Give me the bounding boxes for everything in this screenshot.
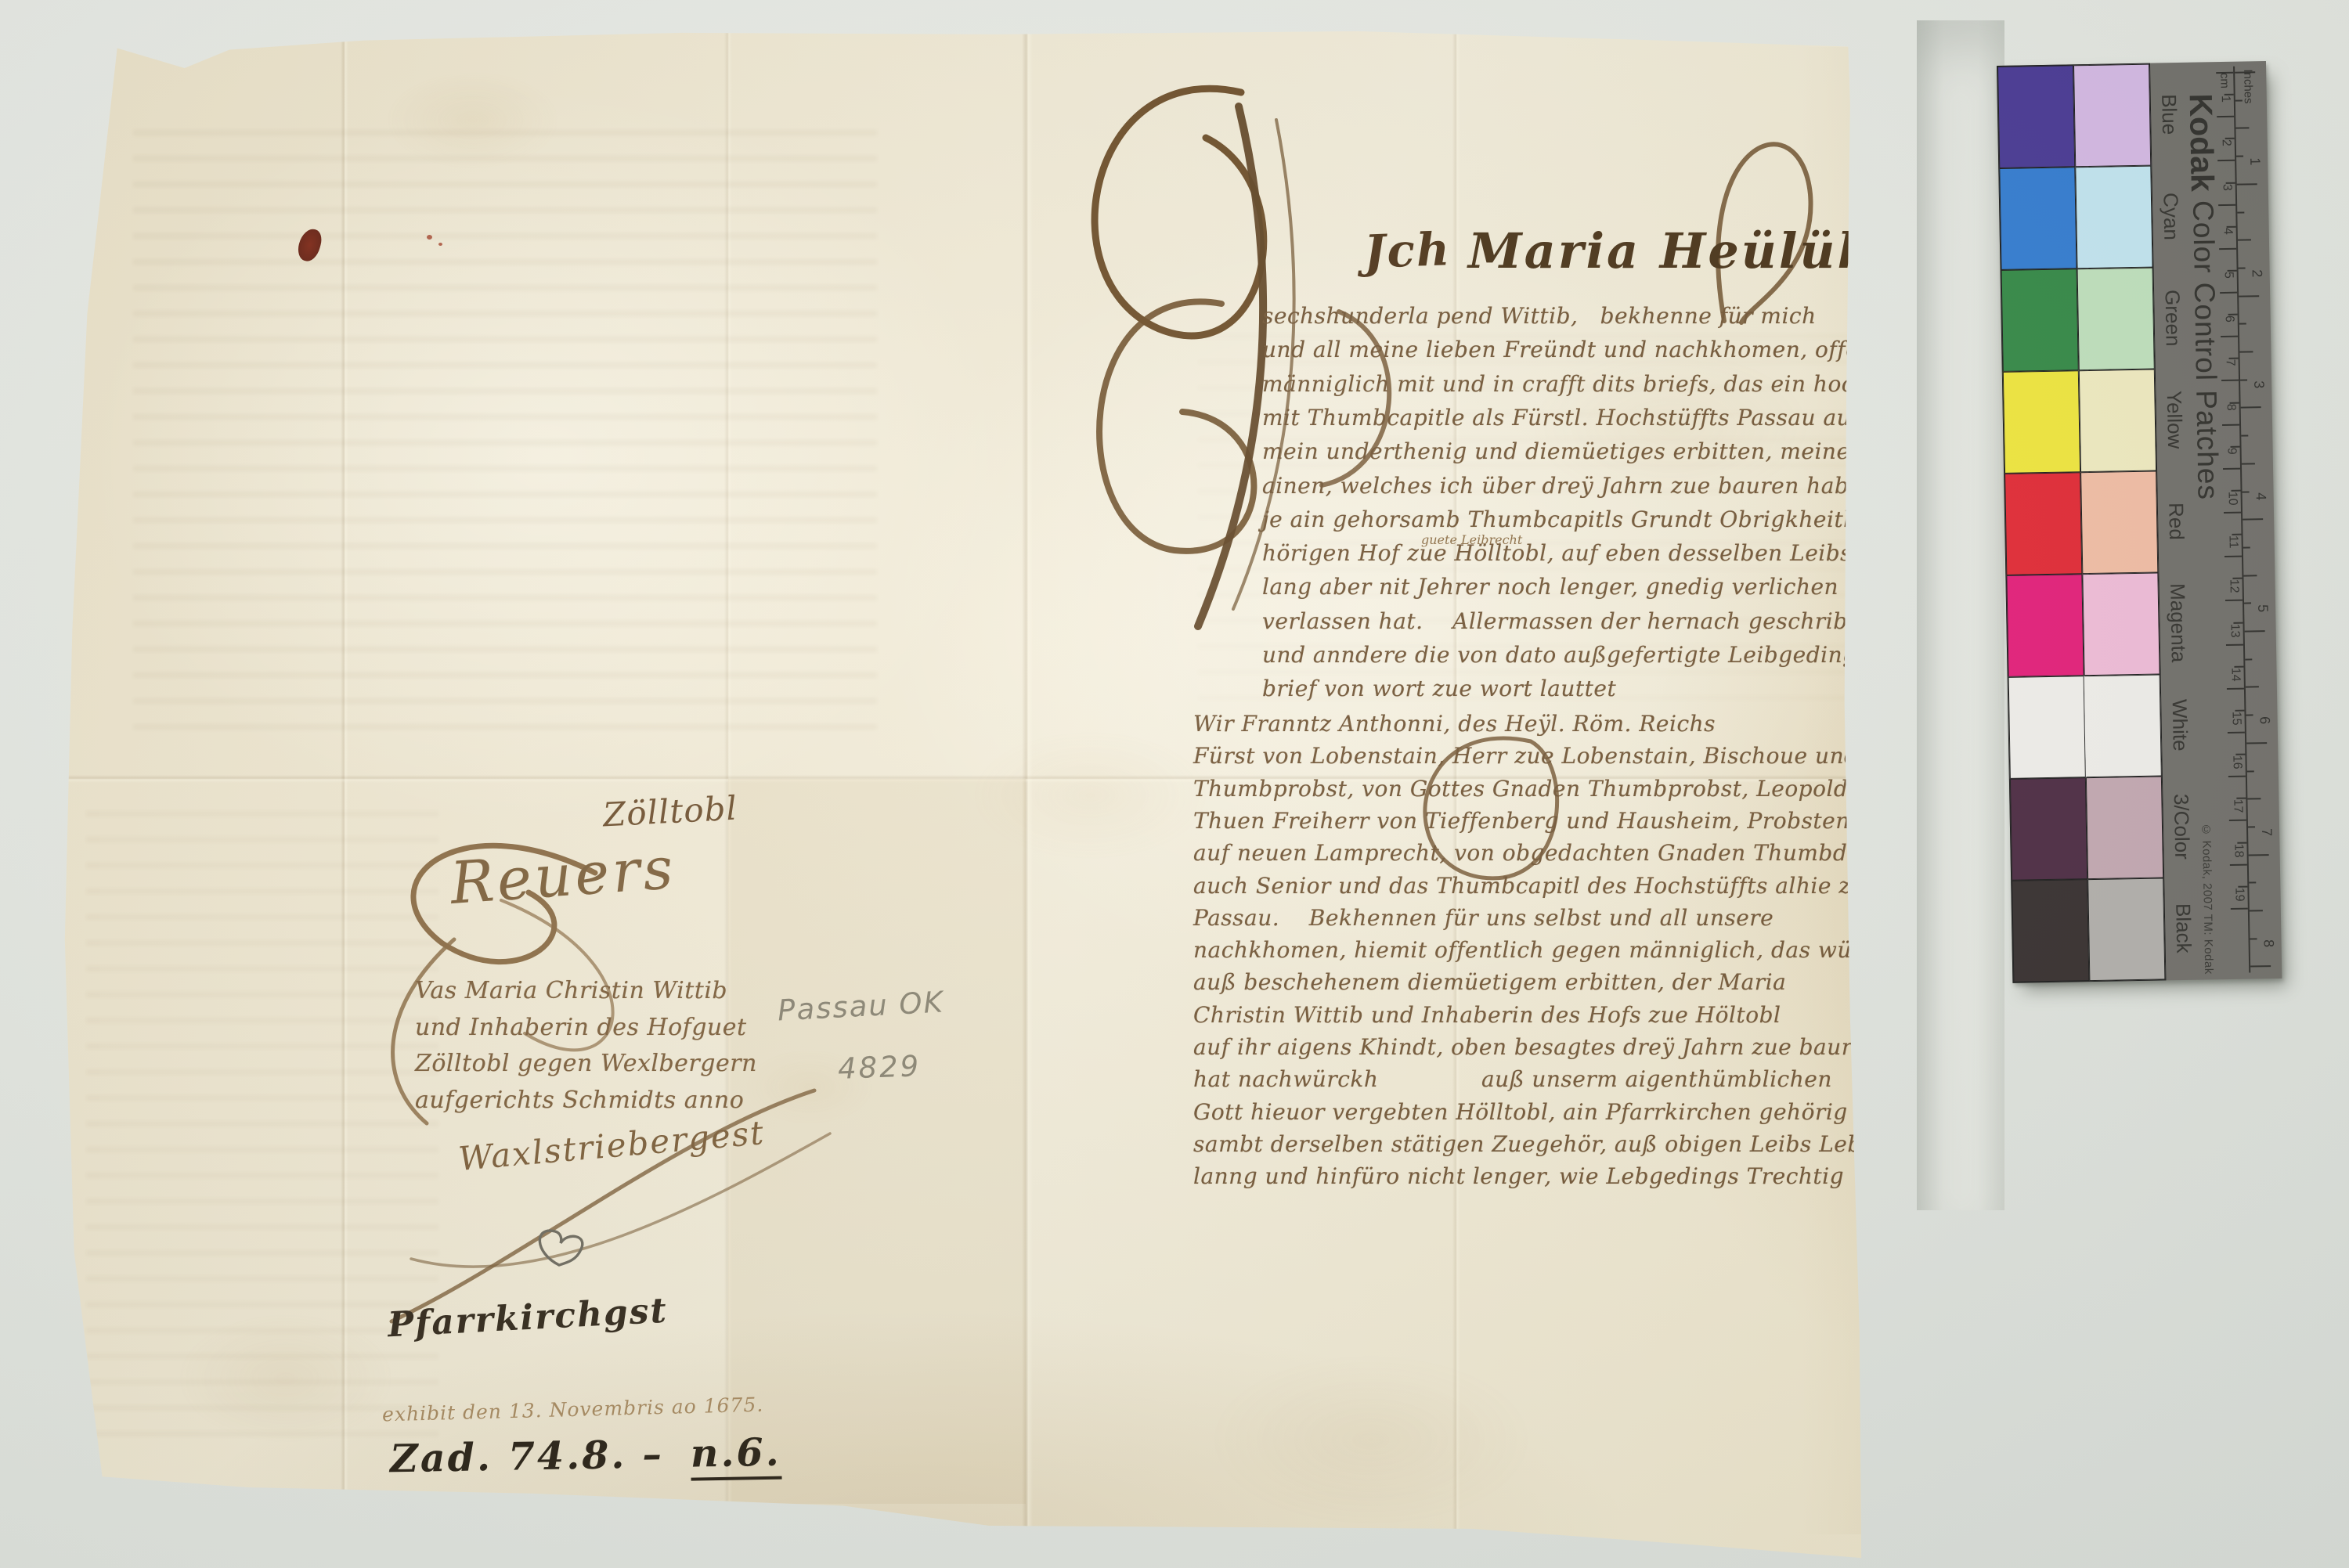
kodak-patch-tint xyxy=(2080,471,2158,575)
kodak-patch-saturated xyxy=(2001,269,2079,372)
ruler-cm-tick xyxy=(2229,820,2246,821)
ruler-cm-half xyxy=(2225,94,2234,96)
ruler-cm-tick xyxy=(2225,556,2242,557)
ruler-cm-num: 1 xyxy=(2217,96,2232,103)
ruler-cm-tick xyxy=(2218,204,2235,205)
ruler-cm-half xyxy=(2233,622,2243,623)
ruler-in-num: 3 xyxy=(2251,380,2267,388)
ruler-cm-num: 11 xyxy=(2225,535,2240,549)
ruler-inches-label: Inches xyxy=(2241,69,2255,103)
ruler-cm-num: 3 xyxy=(2218,183,2234,190)
photo-background: Zölltobl Reuers Vas Maria Christin Witti… xyxy=(0,0,2349,1568)
kodak-patch-tint xyxy=(2077,268,2155,371)
ruler-cm-half xyxy=(2234,665,2243,667)
kodak-patch-tint xyxy=(2084,674,2162,777)
backing-sheet xyxy=(1917,20,2004,1210)
kodak-patch-saturated xyxy=(2006,574,2084,677)
kodak-patch-tint xyxy=(2082,572,2160,676)
exhibit-date-note: exhibit den 13. Novembris ao 1675. xyxy=(382,1393,764,1426)
ruler-cm-half xyxy=(2232,578,2242,579)
initial-letter-flourish xyxy=(1041,45,1409,640)
ruler-cm-tick xyxy=(2227,687,2244,689)
ruler-in-half xyxy=(2246,687,2259,688)
shelfmark-number: n.6. xyxy=(690,1429,781,1481)
manuscript-line: lanng und hinfüro nicht lenger, wie Lebg… xyxy=(1193,1163,1844,1189)
kodak-patch-tint xyxy=(2079,369,2156,473)
kodak-patch-row: Magenta xyxy=(2006,572,2160,676)
ruler-cm-half xyxy=(2232,490,2241,492)
ruler-cm-half xyxy=(2230,402,2239,403)
heading-initial-word: Jch xyxy=(1363,222,1452,279)
ruler-cm-half xyxy=(2235,754,2245,755)
archive-shelfmark: Zad. 74.8. –n.6. xyxy=(390,1429,782,1482)
ruler-in-half xyxy=(2235,128,2249,129)
ruler-in-tick xyxy=(2246,742,2267,744)
ruler-in-quarter xyxy=(2245,658,2252,660)
ruler-cm-half xyxy=(2228,314,2238,315)
ruler-in-quarter xyxy=(2247,770,2254,772)
ruler-in-tick xyxy=(2243,518,2263,520)
ruler-cm-tick xyxy=(2228,732,2245,734)
ruler-cm-label: cm xyxy=(2217,73,2231,88)
kodak-patch-row: Red xyxy=(2004,471,2158,575)
ruler-cm-tick xyxy=(2216,72,2233,74)
kodak-patch-row: Black xyxy=(2012,878,2165,982)
shelfmark-main: Zad. 74.8. – xyxy=(390,1431,665,1481)
ruler-cm-num: 16 xyxy=(2228,755,2243,770)
manuscript-line: Christin Wittib und Inhaberin des Hofs z… xyxy=(1193,1002,1781,1028)
ruler-in-quarter xyxy=(2243,491,2250,492)
ruler-cm-tick xyxy=(2230,863,2247,865)
kodak-patch-row: Green xyxy=(2001,268,2155,372)
ruler-cm-tick xyxy=(2224,512,2241,514)
ruler-cm-half xyxy=(2231,445,2240,447)
ruler-cm-num: 4 xyxy=(2219,228,2235,235)
ruler-in-quarter xyxy=(2250,938,2257,939)
kodak-patch-row: White xyxy=(2008,674,2162,778)
ruler-cm-half xyxy=(2229,358,2239,359)
interlinear-insertion: guete Leibrecht xyxy=(1421,532,1522,547)
ruler-in-half xyxy=(2238,240,2251,241)
pencil-note-number: 4829 xyxy=(837,1049,922,1086)
manuscript-sheet: Zölltobl Reuers Vas Maria Christin Witti… xyxy=(61,28,1932,1563)
manuscript-line: Passau. Bekhennen für uns selbst und all… xyxy=(1193,905,1773,931)
ruler-cm-half xyxy=(2232,534,2241,535)
ruler-cm-num: 5 xyxy=(2220,272,2235,279)
ruler-in-num: 1 xyxy=(2247,157,2263,165)
heading-ascender-flourish xyxy=(1677,70,1928,329)
ruler-in-half xyxy=(2243,575,2257,576)
ruler-cm-tick xyxy=(2231,907,2248,909)
ruler-in-num: 2 xyxy=(2250,269,2265,277)
ruler-in-num: 7 xyxy=(2259,828,2275,836)
manuscript-line: hat nachwürckh auß unserm aigenthümblich… xyxy=(1193,1066,1832,1092)
ruler-in-num: 5 xyxy=(2255,604,2271,612)
kodak-patch-tint xyxy=(2073,64,2151,168)
ink-showthrough-top-left xyxy=(133,110,877,736)
ruler-cm-tick xyxy=(2222,424,2239,425)
ruler-cm-half xyxy=(2227,225,2236,227)
ruler-cm-num: 14 xyxy=(2226,667,2242,681)
ruler-cm-tick xyxy=(2221,336,2238,337)
ruler-cm-half xyxy=(2225,138,2235,139)
kodak-patch-saturated xyxy=(2012,879,2089,982)
ruler-cm-num: 6 xyxy=(2221,315,2236,323)
kodak-patch-row: Cyan xyxy=(1999,166,2152,270)
kodak-patch-saturated xyxy=(2004,472,2082,575)
ruler-in-tick xyxy=(2250,965,2271,967)
ruler-in-quarter xyxy=(2235,99,2243,101)
ruler-in-tick xyxy=(2239,295,2259,297)
manuscript-line: nachkhomen, hiemit offentlich gegen männ… xyxy=(1193,937,1863,963)
ruler-in-quarter xyxy=(2236,156,2243,157)
ruler-cm-num: 15 xyxy=(2227,712,2243,726)
ruler-cm-tick xyxy=(2219,247,2236,249)
ruler-in-num: 6 xyxy=(2257,716,2273,724)
ruler-cm-half xyxy=(2237,842,2246,843)
pencil-heart-doodle xyxy=(526,1220,593,1271)
ruler-in-quarter xyxy=(2243,546,2250,548)
ruler-cm-num: 8 xyxy=(2222,403,2238,410)
ruler-cm-half xyxy=(2226,182,2235,183)
ruler-in-quarter xyxy=(2246,715,2253,716)
manuscript-line: und anndere die von dato außgefertigte L… xyxy=(1262,642,1868,668)
manuscript-line: Gott hieuor vergebten Hölltobl, ain Pfar… xyxy=(1193,1099,1848,1125)
ruler-in-tick xyxy=(2237,183,2257,185)
ruler-in-quarter xyxy=(2244,603,2251,604)
ruler-cm-half xyxy=(2228,270,2237,272)
ruler-cm-half xyxy=(2236,798,2246,799)
ruler-in-tick xyxy=(2241,407,2261,409)
kodak-patch-tint xyxy=(2087,878,2165,981)
ruler-cm-tick xyxy=(2225,600,2243,601)
ruler-in-quarter xyxy=(2248,826,2255,827)
manuscript-line: brief von wort zue wort lauttet xyxy=(1262,676,1616,701)
kodak-patch-saturated xyxy=(1997,65,2075,168)
ruler-cm-half xyxy=(2235,709,2244,711)
red-speck-2 xyxy=(438,243,442,246)
manuscript-line: sambt derselben stätigen Zuegehör, auß o… xyxy=(1193,1131,1889,1157)
kodak-patch-saturated xyxy=(2010,777,2087,881)
ruler-cm-num: 18 xyxy=(2229,843,2245,857)
kodak-patch-row: 3/Color xyxy=(2010,776,2163,880)
paragraph2-initial-loop xyxy=(1390,708,1570,900)
ruler-in-half xyxy=(2239,351,2253,352)
ruler-cm-num: 7 xyxy=(2221,359,2237,366)
ruler-in-quarter xyxy=(2241,435,2248,437)
ruler-cm-tick xyxy=(2223,467,2240,469)
ruler-cm-tick xyxy=(2217,160,2235,161)
ruler-cm-half xyxy=(2238,885,2247,887)
manuscript-line: auß beschehenem diemüetigem erbitten, de… xyxy=(1193,969,1786,995)
kodak-patch-tint xyxy=(2075,166,2152,269)
fold-crease-vertical-1 xyxy=(341,28,348,1563)
red-speck-1 xyxy=(427,235,432,240)
ruler-cm-num: 19 xyxy=(2230,887,2246,901)
ruler-cm-tick xyxy=(2220,292,2237,294)
ruler-in-half xyxy=(2242,463,2255,464)
kodak-patch-grid: Blue Cyan Green Yellow Red Magenta xyxy=(1997,63,2166,983)
ruler-cm-tick xyxy=(2228,776,2246,777)
ruler-in-num: 8 xyxy=(2261,939,2277,947)
ruler-cm-tick xyxy=(2217,116,2234,117)
manuscript-line: auf ihr aigens Khindt, oben besagtes dre… xyxy=(1193,1034,1880,1060)
ruler-cm-num: 9 xyxy=(2223,447,2239,454)
ink-stain xyxy=(295,226,324,264)
ruler-in-half xyxy=(2247,798,2261,799)
ruler-cm-tick xyxy=(2221,380,2239,381)
ruler-in-tick xyxy=(2249,854,2269,856)
ruler-in-num: 4 xyxy=(2253,492,2269,500)
kodak-patch-row: Blue xyxy=(1997,64,2151,168)
ruler-in-quarter xyxy=(2240,379,2247,380)
kodak-patch-saturated xyxy=(1999,167,2077,270)
kodak-color-card: Blue Cyan Green Yellow Red Magenta xyxy=(1997,61,2282,983)
kodak-patch-saturated xyxy=(2008,676,2086,779)
ruler-in-half xyxy=(2250,910,2263,911)
kodak-patch-saturated xyxy=(2003,370,2080,474)
kodak-patch-row: Yellow xyxy=(2003,369,2156,474)
ruler-cm-num: 2 xyxy=(2217,139,2233,146)
ruler-cm-num: 17 xyxy=(2228,799,2244,813)
ruler-cm-tick xyxy=(2226,643,2243,645)
ruler-cm-num: 10 xyxy=(2224,492,2239,506)
kodak-ruler: cm Inches 123456789101112131415161718191… xyxy=(2149,61,2282,980)
ruler-cm-num: 12 xyxy=(2225,579,2241,593)
ruler-cm-num: 13 xyxy=(2225,623,2241,637)
ruler-in-quarter xyxy=(2239,267,2246,269)
ruler-in-quarter xyxy=(2237,211,2244,213)
ruler-in-tick xyxy=(2245,630,2265,632)
ruler-in-quarter xyxy=(2249,882,2256,884)
kodak-patch-tint xyxy=(2086,776,2163,879)
ruler-in-quarter xyxy=(2239,323,2246,325)
